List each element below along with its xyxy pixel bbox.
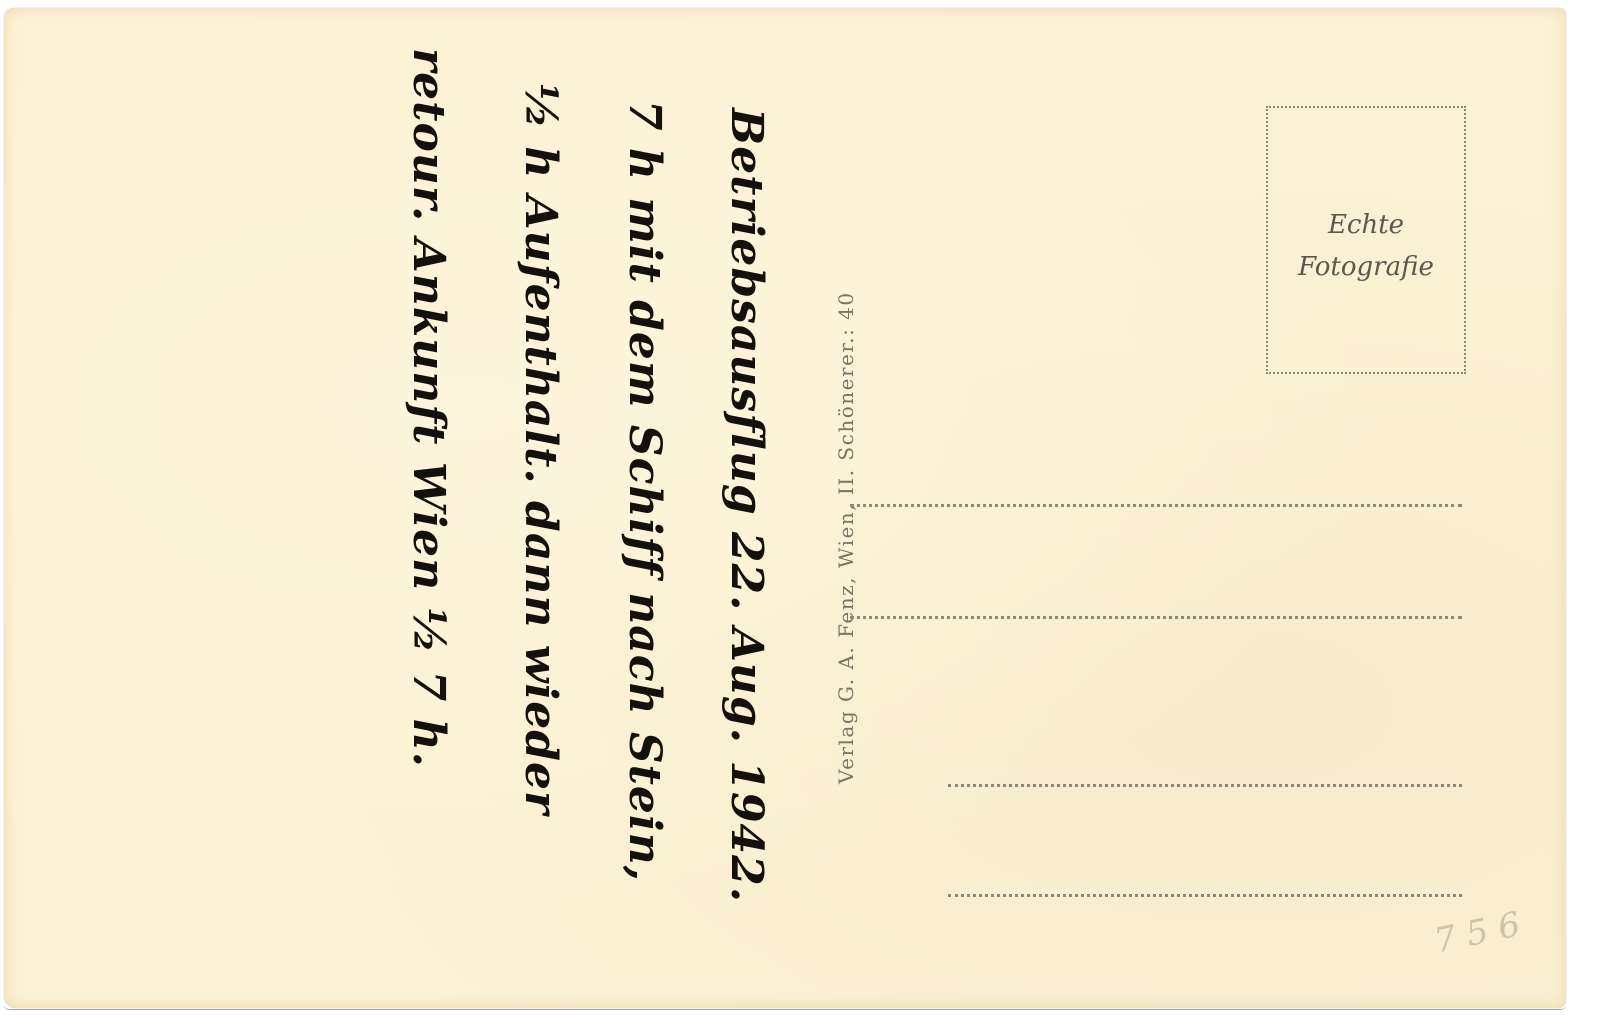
message-line-1: Betriebsausflug 22. Aug. 1942. — [721, 108, 772, 903]
stamp-label-line-1: Echte — [1268, 204, 1464, 246]
stamp-label-line-2: Fotografie — [1268, 246, 1464, 288]
address-line-1 — [850, 504, 1462, 507]
address-line-4 — [948, 894, 1462, 897]
pencil-note: 7 5 6 — [1431, 904, 1524, 961]
postcard-back: Betriebsausflug 22. Aug. 1942. 7 h mit d… — [4, 8, 1566, 1008]
card-deckled-edge — [4, 1005, 1566, 1010]
publisher-imprint: Verlag G. A. Fenz, Wien, II. Schönerer.:… — [834, 291, 858, 784]
address-line-2 — [850, 616, 1462, 619]
stamp-label: Echte Fotografie — [1268, 204, 1464, 288]
message-line-2: 7 h mit dem Schiff nach Stein, — [619, 100, 670, 882]
address-line-3 — [948, 784, 1462, 787]
stamp-box: Echte Fotografie — [1266, 106, 1466, 374]
message-line-4: retour. Ankunft Wien ½ 7 h. — [403, 48, 454, 768]
message-line-3: ½ h Aufenthalt. dann wieder — [515, 83, 566, 815]
